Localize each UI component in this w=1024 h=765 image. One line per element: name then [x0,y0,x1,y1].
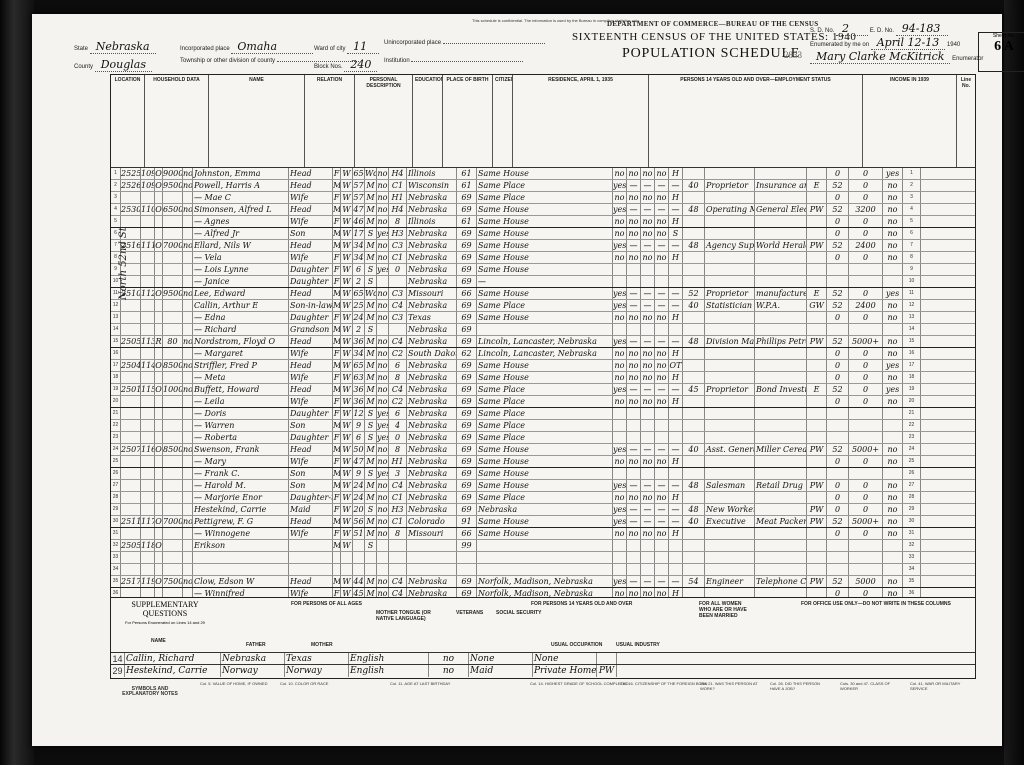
cell-oth [883,468,903,479]
cell-cit: 61 [457,180,477,191]
cell-birth: Nebraska [407,480,457,491]
cell-ind [755,552,807,563]
cell-dwell: 119 [141,576,155,587]
cell-dwell [141,324,155,335]
cell-wks [827,540,849,551]
cell-mar: Wd [365,168,377,179]
cell-rel: Wife [289,348,333,359]
cell-mar: M [365,516,377,527]
cell-sex: F [333,528,341,539]
cell-occ: Operating Manager [705,204,755,215]
cell-sch: no [377,384,389,395]
cell-line: 27 [111,480,121,491]
cell-inc: 2400 [849,300,883,311]
cell-hrs: 48 [683,480,705,491]
cell-wks [827,324,849,335]
cell-hrs [683,252,705,263]
cell-wks: 52 [827,180,849,191]
cell-w25 [669,324,683,335]
cell-sch: no [377,444,389,455]
cell-birth: Nebraska [407,252,457,263]
cell-res: Same House [477,516,613,527]
cell-w24: no [655,528,669,539]
cell-age: 34 [353,240,365,251]
table-row: 112510112O9500noLee, EdwardHeadMW65WdnoC… [111,288,975,300]
explanatory-notes: SYMBOLS AND EXPLANATORY NOTES Col. 5. VA… [110,681,974,731]
cell-sch: yes [377,432,389,443]
col-residence: RESIDENCE, APRIL 1, 1935 [513,75,649,167]
cell-w25: H [669,528,683,539]
cell-name: Callin, Arthur E [193,300,289,311]
cell-birth: Nebraska [407,492,457,503]
cell-birth: Nebraska [407,432,457,443]
cell-house [121,396,141,407]
enumerator-name: Mary Clarke McKitrick [810,50,950,64]
cell-w22: no [627,252,641,263]
cell-sex: F [333,252,341,263]
cell-w25: — [669,516,683,527]
cell-house: 2511 [121,516,141,527]
cell-res: Same House [477,204,613,215]
cell-race: W [341,180,353,191]
cell-dwell [141,456,155,467]
cell-inc: 5000+ [849,516,883,527]
cell-own: O [155,516,163,527]
cell-w24: no [655,312,669,323]
cell-w22: — [627,288,641,299]
cell-value [163,408,183,419]
cell-name: — Alfred Jr [193,228,289,239]
cell-value: 6500 [163,204,183,215]
cell-inc: 0 [849,492,883,503]
cell-line: 28 [903,492,921,503]
cell-hrs [683,456,705,467]
cell-name: — Meta [193,372,289,383]
cell-w24: no [655,216,669,227]
cell-house: 2507 [121,444,141,455]
cell-birth [407,552,457,563]
cell-cls [807,468,827,479]
cell-dwell: 115 [141,384,155,395]
cell-w24: no [655,360,669,371]
cell-race: W [341,240,353,251]
cell-line: 23 [111,432,121,443]
cell-farm: no [183,516,193,527]
cell-w23: — [641,288,655,299]
cell-race: W [341,168,353,179]
cell-sex: M [333,180,341,191]
cell-wks [827,564,849,575]
cell-rel: Head [289,576,333,587]
cell-mar: S [365,264,377,275]
cell-wks: 52 [827,336,849,347]
cell-dwell [141,192,155,203]
cell-race: W [341,324,353,335]
cell-birth: Nebraska [407,192,457,203]
cell-inc: 0 [849,168,883,179]
cell-w21: yes [613,576,627,587]
cell-rel: Daughter [289,276,333,287]
sheet-number-box: Sheet No. 6 A [978,32,1024,72]
cell-cit: 69 [457,372,477,383]
cell-farm [183,492,193,503]
cell-dwell [141,480,155,491]
cell-oth [883,552,903,563]
cell-age: 12 [353,408,365,419]
cell-res: Same House [477,288,613,299]
cell-line: 16 [111,348,121,359]
cell-value [163,216,183,227]
cell-w21: yes [613,504,627,515]
cell-birth: Nebraska [407,372,457,383]
cell-sch: no [377,180,389,191]
cell-own [155,480,163,491]
cell-sex: F [333,432,341,443]
cell-ind [755,216,807,227]
enumerator-field: Mary Clarke McKitrick Enumerator [810,50,983,64]
cell-birth: Wisconsin [407,180,457,191]
cell-mar: M [365,312,377,323]
cell-age: 9 [353,420,365,431]
cell-dwell [141,408,155,419]
cell-race: W [341,384,353,395]
cell-cls [807,492,827,503]
cell-res: Lincoln, Lancaster, Nebraska [477,336,613,347]
cell-w25: — [669,180,683,191]
cell-wks [827,552,849,563]
cell-sex: M [333,468,341,479]
cell-sch: no [377,528,389,539]
cell-w22 [627,540,641,551]
cell-cit: 69 [457,264,477,275]
cell-line: 15 [111,336,121,347]
cell-line: 12 [111,300,121,311]
cell-line: 25 [903,456,921,467]
cell-race: W [341,444,353,455]
cell-birth: South Dakota [407,348,457,359]
cell-cit: 69 [457,228,477,239]
cell-dwell [141,300,155,311]
cell-oth: yes [883,384,903,395]
cell-dwell [141,396,155,407]
cell-w23: no [641,312,655,323]
cell-race: W [341,228,353,239]
cell-occ: Executive [705,516,755,527]
cell-w22: no [627,372,641,383]
cell-rel: Daughter [289,312,333,323]
cell-w25: — [669,384,683,395]
cell-oth: yes [883,360,903,371]
cell-farm [183,408,193,419]
ward-field: Ward of city 11 [314,40,379,54]
cell-res: Same House [477,372,613,383]
table-body: 12525109O9000noJohnston, EmmaHeadFW65Wdn… [111,168,975,648]
cell-cit: 69 [457,336,477,347]
cell-mar: M [365,336,377,347]
cell-w25 [669,276,683,287]
cell-grade [389,276,407,287]
scan-border-left [0,0,34,765]
cell-own [155,192,163,203]
cell-oth: yes [883,288,903,299]
cell-w24: — [655,288,669,299]
cell-oth [883,564,903,575]
cell-inc: 5000+ [849,444,883,455]
cell-w23: — [641,504,655,515]
cell-w23: no [641,492,655,503]
cell-cls: PW [807,240,827,251]
cell-grade: C3 [389,312,407,323]
cell-dwell [141,420,155,431]
cell-w23: no [641,360,655,371]
col-relation: RELATION [305,75,355,167]
cell-res: Same House [477,456,613,467]
cell-cit: 69 [457,252,477,263]
cell-sex: F [333,216,341,227]
cell-res: Same House [477,264,613,275]
cell-age: 65 [353,288,365,299]
cell-wks: 0 [827,168,849,179]
cell-w21 [613,408,627,419]
cell-w24 [655,540,669,551]
cell-w24: no [655,168,669,179]
cell-grade: C2 [389,396,407,407]
cell-line: 14 [111,324,121,335]
cell-grade: C1 [389,492,407,503]
cell-w22 [627,432,641,443]
cell-sch: yes [377,408,389,419]
cell-rel: Daughter-in-law [289,492,333,503]
cell-inc: 5000+ [849,336,883,347]
cell-inc [849,432,883,443]
cell-inc: 0 [849,228,883,239]
cell-w25: H [669,348,683,359]
cell-own [155,276,163,287]
cell-name: Erikson [193,540,289,551]
cell-w21 [613,264,627,275]
cell-hrs [683,492,705,503]
cell-inc: 0 [849,192,883,203]
cell-dwell [141,492,155,503]
cell-age [353,564,365,575]
cell-cit: 69 [457,276,477,287]
cell-race: W [341,288,353,299]
cell-grade: C4 [389,480,407,491]
cell-line: 32 [111,540,121,551]
cell-w22: — [627,204,641,215]
table-row: 172504114O8500noStriffler, Fred PHeadMW6… [111,360,975,372]
cell-rel: Head [289,288,333,299]
cell-res: Same House [477,444,613,455]
cell-own: O [155,444,163,455]
cell-cls [807,252,827,263]
cell-line: 26 [111,468,121,479]
cell-w21: no [613,348,627,359]
cell-own: O [155,540,163,551]
cell-line: 13 [111,312,121,323]
cell-hrs [683,312,705,323]
cell-inc [849,552,883,563]
cell-oth: no [883,252,903,263]
cell-inc [849,564,883,575]
cell-inc: 0 [849,504,883,515]
cell-res: Same Place [477,420,613,431]
cell-farm [183,252,193,263]
cell-occ [705,264,755,275]
cell-sex: F [333,348,341,359]
cell-oth [883,324,903,335]
cell-rel: Son [289,420,333,431]
cell-rel: Wife [289,252,333,263]
cell-name [193,552,289,563]
cell-mar: M [365,396,377,407]
cell-oth: no [883,396,903,407]
cell-line: 7 [903,240,921,251]
cell-own [155,348,163,359]
cell-wks: 0 [827,192,849,203]
cell-birth: Nebraska [407,240,457,251]
cell-race: W [341,276,353,287]
cell-race: W [341,204,353,215]
cell-value: 7000 [163,240,183,251]
cell-inc: 0 [849,360,883,371]
cell-oth: no [883,348,903,359]
cell-farm: no [183,180,193,191]
cell-farm [183,420,193,431]
cell-w25 [669,468,683,479]
cell-cls: PW [807,480,827,491]
cell-hrs: 48 [683,504,705,515]
cell-cit: 69 [457,396,477,407]
cell-occ: New Worker [705,504,755,515]
cell-ind: Retail Drug [755,480,807,491]
table-row: 3333 [111,552,975,564]
cell-w21: no [613,360,627,371]
cell-dwell: 109 [141,180,155,191]
cell-sex: M [333,516,341,527]
cell-name: Lee, Edward [193,288,289,299]
cell-birth: Nebraska [407,228,457,239]
cell-wks [827,408,849,419]
cell-w22: no [627,168,641,179]
table-row: 8— VelaWifeFW34MnoC1Nebraska69Same House… [111,252,975,264]
cell-inc [849,540,883,551]
cell-rel: Head [289,204,333,215]
supp-cell-line: 29 [111,665,125,677]
cell-ind [755,432,807,443]
cell-w22 [627,564,641,575]
table-row: 302511117O7000noPettigrew, F. GHeadMW56M… [111,516,975,528]
cell-sch: yes [377,228,389,239]
cell-own [155,264,163,275]
cell-own [155,468,163,479]
cell-rel: Son [289,468,333,479]
cell-cit: 61 [457,168,477,179]
cell-w21: yes [613,180,627,191]
cell-race: W [341,468,353,479]
cell-grade: C4 [389,576,407,587]
cell-w21: yes [613,204,627,215]
cell-house [121,348,141,359]
cell-res: Same Place [477,408,613,419]
cell-w25: OT [669,360,683,371]
cell-w24: — [655,516,669,527]
cell-ind: W.P.A. [755,300,807,311]
cell-rel: Daughter [289,408,333,419]
cell-age: 24 [353,492,365,503]
block-field: Block Nos. 240 [314,58,377,72]
cell-line: 19 [903,384,921,395]
population-table: LOCATION HOUSEHOLD DATA NAME RELATION PE… [110,74,976,649]
table-row: 26— Frank C.SonMW9Syes3Nebraska69Same Ho… [111,468,975,480]
cell-line: 11 [903,288,921,299]
cell-cit: 69 [457,468,477,479]
cell-farm: no [183,204,193,215]
cell-cls [807,216,827,227]
cell-age: 57 [353,180,365,191]
cell-value [163,312,183,323]
cell-value [163,564,183,575]
ed-value: 94-183 [896,22,948,36]
cell-wks: 52 [827,384,849,395]
cell-sch: no [377,288,389,299]
cell-inc: 0 [849,480,883,491]
cell-rel: Head [289,360,333,371]
cell-line: 32 [903,540,921,551]
cell-age: 51 [353,528,365,539]
cell-mar: S [365,468,377,479]
cell-inc [849,276,883,287]
cell-w23 [641,408,655,419]
cell-age: 6 [353,432,365,443]
cell-w21 [613,324,627,335]
cell-oth [883,432,903,443]
cell-rel [289,552,333,563]
cell-cit: 91 [457,516,477,527]
cell-mar: S [365,276,377,287]
cell-sex: F [333,396,341,407]
cell-hrs: 40 [683,180,705,191]
cell-hrs [683,192,705,203]
cell-res: Same House [477,360,613,371]
cell-value [163,396,183,407]
cell-inc: 0 [849,456,883,467]
cell-grade: C4 [389,300,407,311]
cell-hrs [683,168,705,179]
cell-line: 35 [903,576,921,587]
cell-w24 [655,276,669,287]
cell-house [121,456,141,467]
table-row: 31— WinnogeneWifeFW51Mno8Missouri66Same … [111,528,975,540]
cell-w22 [627,468,641,479]
cell-w24 [655,432,669,443]
cell-w24: no [655,228,669,239]
cell-w22: — [627,576,641,587]
cell-w23 [641,540,655,551]
cell-value: 7500 [163,576,183,587]
cell-value [163,420,183,431]
cell-cls: PW [807,516,827,527]
cell-sex: F [333,312,341,323]
cell-dwell [141,348,155,359]
cell-sch: no [377,312,389,323]
cell-wks: 0 [827,504,849,515]
cell-ind [755,564,807,575]
cell-age: 25 [353,300,365,311]
cell-oth [883,276,903,287]
cell-cit: 69 [457,420,477,431]
cell-w22: no [627,228,641,239]
